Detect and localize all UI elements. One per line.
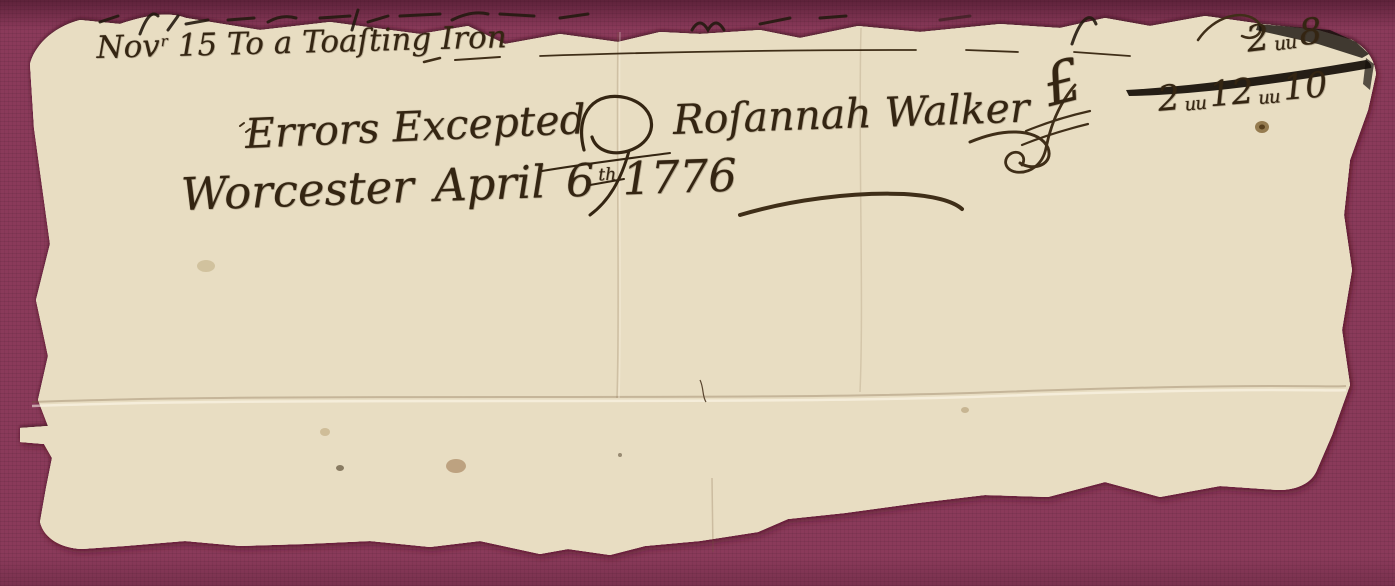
total-pence: 10: [1281, 65, 1329, 109]
entry-month-superscript: r: [160, 32, 168, 50]
total-pounds: 2: [1156, 78, 1182, 120]
scan-background: Novr 15 To a Toaſting Iron 2uu8 £ 2uu12u…: [0, 0, 1395, 586]
year: 1776: [621, 149, 737, 206]
total-separator-1: uu: [1184, 93, 1207, 116]
entry-month: Nov: [96, 28, 160, 66]
amount-first: 2: [1244, 17, 1272, 60]
day-superscript: th: [598, 165, 617, 186]
total-shillings: 12: [1208, 72, 1256, 116]
total-separator-2: uu: [1257, 86, 1280, 109]
amount-separator: uu: [1273, 32, 1297, 56]
amount-second: 8: [1297, 11, 1325, 54]
